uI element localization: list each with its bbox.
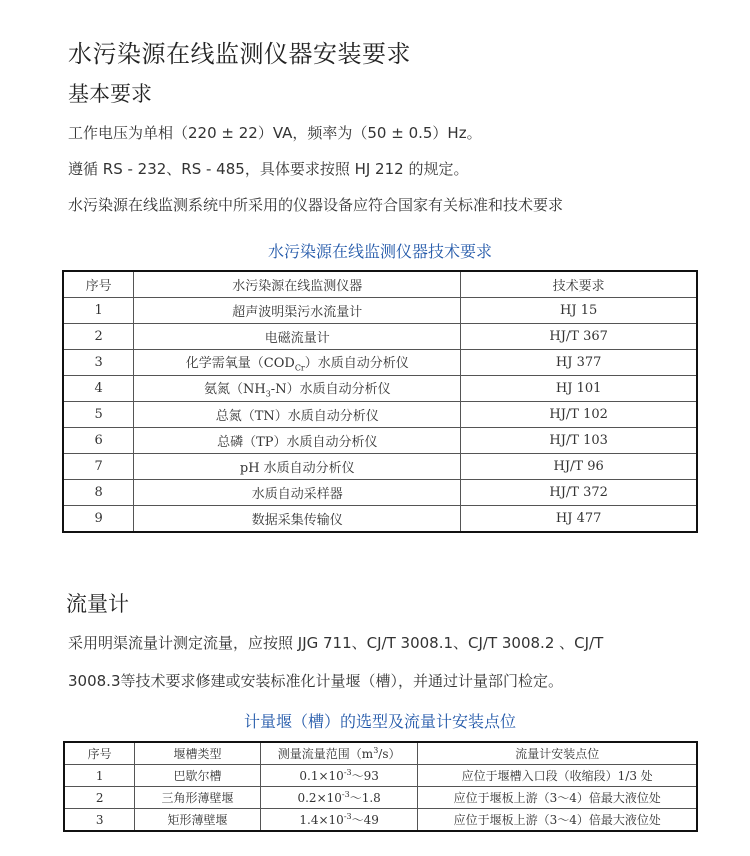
section-heading-basic: 基本要求 (68, 78, 152, 108)
cell-location: 应位于堰板上游（3～4）倍最大液位处 (418, 809, 697, 832)
paragraph-voltage: 工作电压为单相（220 ± 22）VA，频率为（50 ± 0.5）Hz。 (68, 122, 482, 143)
cell-instrument: 数据采集传输仪 (134, 506, 461, 533)
range-text: /s） (378, 747, 400, 761)
header-no: 序号 (64, 742, 135, 765)
table-row: 6 总磷（TP）水质自动分析仪 HJ/T 103 (63, 428, 697, 454)
subscript: Cr (295, 364, 305, 373)
cell-standard: HJ 377 (461, 350, 697, 376)
superscript: -3 (344, 812, 352, 821)
paragraph-standards: 水污染源在线监测系统中所采用的仪器设备应符合国家有关标准和技术要求 (68, 194, 563, 215)
range-text: 0.1×10 (299, 769, 343, 783)
cell-range: 0.1×10-3～93 (260, 765, 418, 787)
paragraph-protocol: 遵循 RS - 232、RS - 485，具体要求按照 HJ 212 的规定。 (68, 158, 468, 179)
cell-standard: HJ/T 372 (461, 480, 697, 506)
header-range: 测量流量范围（m3/s） (260, 742, 418, 765)
cell-standard: HJ/T 103 (461, 428, 697, 454)
cell-no: 8 (63, 480, 134, 506)
cell-no: 1 (63, 298, 134, 324)
header-standard: 技术要求 (461, 271, 697, 298)
range-text: 测量流量范围（m (278, 747, 373, 761)
cell-no: 4 (63, 376, 134, 402)
cell-standard: HJ/T 96 (461, 454, 697, 480)
cell-standard: HJ/T 102 (461, 402, 697, 428)
table-row: 7 pH 水质自动分析仪 HJ/T 96 (63, 454, 697, 480)
table-row: 4 氨氮（NH3-N）水质自动分析仪 HJ 101 (63, 376, 697, 402)
instrument-text: ）水质自动分析仪 (305, 356, 409, 371)
cell-instrument: 超声波明渠污水流量计 (134, 298, 461, 324)
table-row: 2 电磁流量计 HJ/T 367 (63, 324, 697, 350)
instrument-requirements-table: 序号 水污染源在线监测仪器 技术要求 1 超声波明渠污水流量计 HJ 15 2 … (62, 270, 698, 533)
cell-type: 巴歇尔槽 (135, 765, 261, 787)
table-row: 2 三角形薄壁堰 0.2×10-3～1.8 应位于堰板上游（3～4）倍最大液位处 (64, 787, 697, 809)
cell-no: 3 (64, 809, 135, 832)
header-location: 流量计安装点位 (418, 742, 697, 765)
cell-no: 6 (63, 428, 134, 454)
superscript: -3 (342, 790, 350, 799)
cell-instrument: 化学需氧量（CODCr）水质自动分析仪 (134, 350, 461, 376)
cell-standard: HJ/T 367 (461, 324, 697, 350)
cell-instrument: pH 水质自动分析仪 (134, 454, 461, 480)
paragraph-flow-line2: 3008.3等技术要求修建或安装标准化计量堰（槽），并通过计量部门检定。 (68, 670, 563, 691)
paragraph-flow-line1: 采用明渠流量计测定流量，应按照 JJG 711、CJ/T 3008.1、CJ/T… (68, 632, 603, 653)
cell-range: 1.4×10-3～49 (260, 809, 418, 832)
cell-instrument: 电磁流量计 (134, 324, 461, 350)
table-row: 9 数据采集传输仪 HJ 477 (63, 506, 697, 533)
cell-standard: HJ 15 (461, 298, 697, 324)
cell-standard: HJ 101 (461, 376, 697, 402)
cell-instrument: 总磷（TP）水质自动分析仪 (134, 428, 461, 454)
table-row: 1 超声波明渠污水流量计 HJ 15 (63, 298, 697, 324)
header-no: 序号 (63, 271, 134, 298)
cell-no: 9 (63, 506, 134, 533)
cell-no: 1 (64, 765, 135, 787)
table1-caption: 水污染源在线监测仪器技术要求 (0, 239, 750, 262)
table-header-row: 序号 水污染源在线监测仪器 技术要求 (63, 271, 697, 298)
table2-caption: 计量堰（槽）的选型及流量计安装点位 (0, 709, 750, 732)
superscript: -3 (344, 768, 352, 777)
table-row: 5 总氮（TN）水质自动分析仪 HJ/T 102 (63, 402, 697, 428)
cell-no: 2 (63, 324, 134, 350)
table-row: 1 巴歇尔槽 0.1×10-3～93 应位于堰槽入口段（收缩段）1/3 处 (64, 765, 697, 787)
instrument-text: 化学需氧量（COD (186, 356, 295, 371)
cell-no: 3 (63, 350, 134, 376)
cell-location: 应位于堰槽入口段（收缩段）1/3 处 (418, 765, 697, 787)
cell-no: 2 (64, 787, 135, 809)
page-title: 水污染源在线监测仪器安装要求 (68, 34, 411, 69)
range-text: 0.2×10 (297, 791, 341, 805)
cell-instrument: 氨氮（NH3-N）水质自动分析仪 (134, 376, 461, 402)
section-heading-flowmeter: 流量计 (66, 588, 129, 618)
header-instrument: 水污染源在线监测仪器 (134, 271, 461, 298)
cell-no: 7 (63, 454, 134, 480)
instrument-text: -N）水质自动分析仪 (271, 382, 391, 397)
range-text: ～1.8 (350, 791, 381, 805)
range-text: ～93 (352, 769, 379, 783)
cell-range: 0.2×10-3～1.8 (260, 787, 418, 809)
cell-location: 应位于堰板上游（3～4）倍最大液位处 (418, 787, 697, 809)
cell-standard: HJ 477 (461, 506, 697, 533)
cell-instrument: 水质自动采样器 (134, 480, 461, 506)
table-row: 3 化学需氧量（CODCr）水质自动分析仪 HJ 377 (63, 350, 697, 376)
weir-selection-table: 序号 堰槽类型 测量流量范围（m3/s） 流量计安装点位 1 巴歇尔槽 0.1×… (63, 741, 698, 832)
cell-no: 5 (63, 402, 134, 428)
cell-type: 三角形薄壁堰 (135, 787, 261, 809)
instrument-text: 氨氮（NH (204, 382, 266, 397)
table-row: 3 矩形薄壁堰 1.4×10-3～49 应位于堰板上游（3～4）倍最大液位处 (64, 809, 697, 832)
range-text: ～49 (352, 813, 379, 827)
cell-instrument: 总氮（TN）水质自动分析仪 (134, 402, 461, 428)
range-text: 1.4×10 (299, 813, 343, 827)
table-row: 8 水质自动采样器 HJ/T 372 (63, 480, 697, 506)
header-type: 堰槽类型 (135, 742, 261, 765)
table-header-row: 序号 堰槽类型 测量流量范围（m3/s） 流量计安装点位 (64, 742, 697, 765)
cell-type: 矩形薄壁堰 (135, 809, 261, 832)
